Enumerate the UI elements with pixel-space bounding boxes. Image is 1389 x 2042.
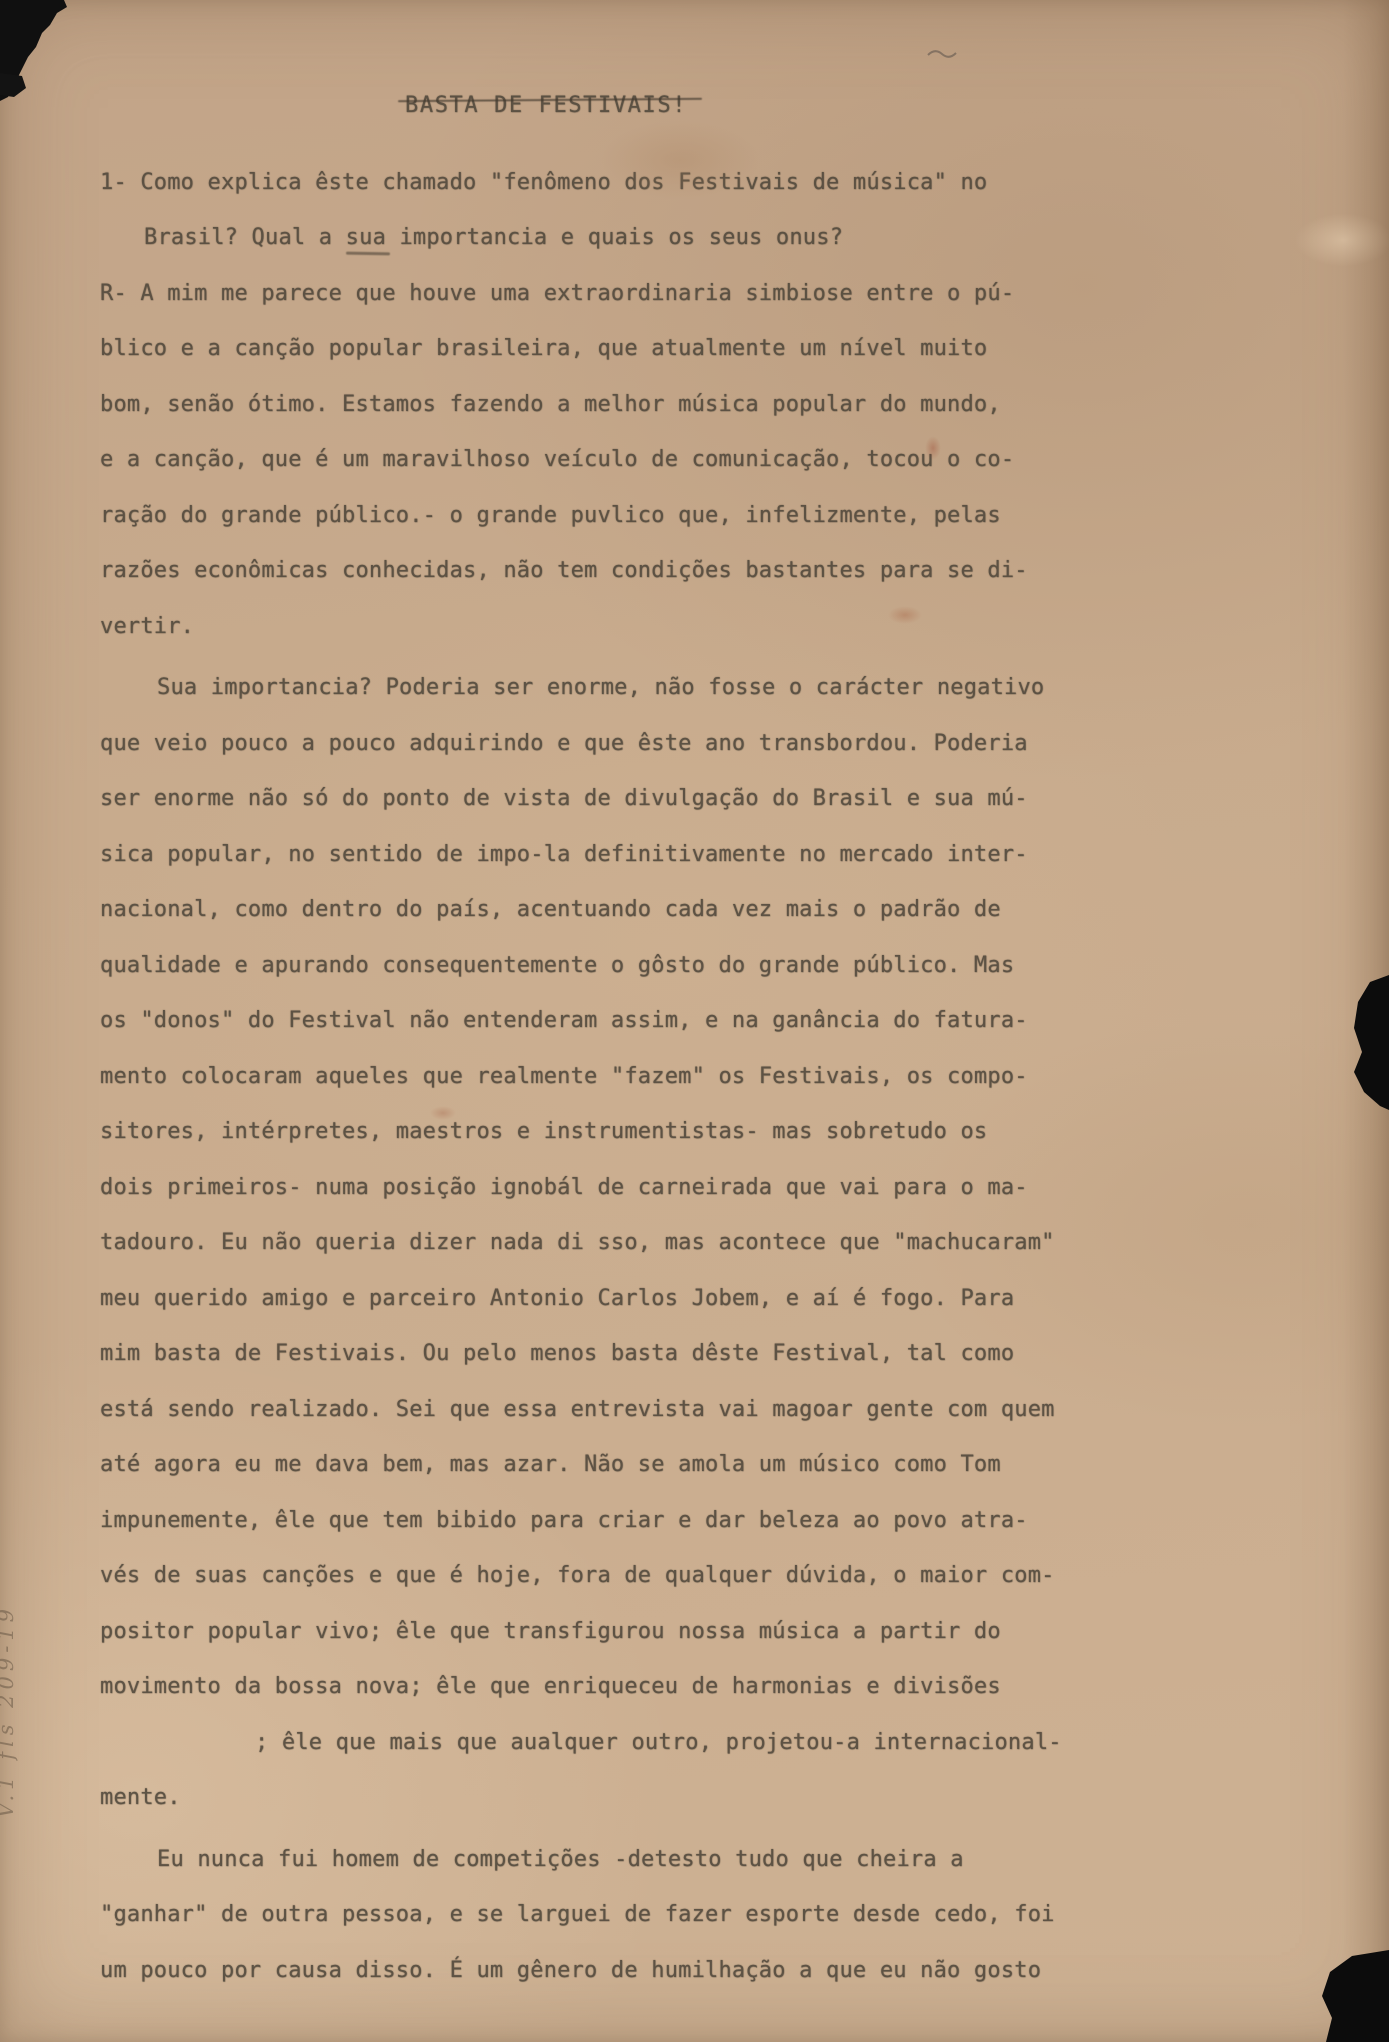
text-line: um pouco por causa disso. É um gênero de… xyxy=(100,1943,1062,1999)
text-line: razões econômicas conhecidas, não tem co… xyxy=(100,543,1062,599)
text-line: os "donos" do Festival não entenderam as… xyxy=(100,993,1062,1049)
text-line: ser enorme não só do ponto de vista de d… xyxy=(100,771,1062,827)
bottom-corner-ink-blob xyxy=(1322,1950,1389,2042)
paper-edge-shade xyxy=(1343,0,1389,2042)
text-line: que veio pouco a pouco adquirindo e que … xyxy=(100,716,1062,772)
gray-paper-fragment xyxy=(0,58,18,86)
text-line: mente. xyxy=(100,1770,1062,1826)
text-line: impunemente, êle que tem bibido para cri… xyxy=(100,1493,1062,1549)
text-line: vés de suas canções e que é hoje, fora d… xyxy=(100,1548,1062,1604)
text-body: BASTA DE FESTIVAIS! 1- Como explica êste… xyxy=(100,78,1062,1998)
right-edge-ink-blob xyxy=(1354,975,1389,1110)
text-line: meu querido amigo e parceiro Antonio Car… xyxy=(100,1271,1062,1327)
text-line: positor popular vivo; êle que transfigur… xyxy=(100,1604,1062,1660)
text-line: está sendo realizado. Sei que essa entre… xyxy=(100,1382,1062,1438)
text-line: Brasil? Qual a sua importancia e quais o… xyxy=(100,210,1062,266)
text-line: nacional, como dentro do país, acentuand… xyxy=(100,882,1062,938)
paper-tear-highlight xyxy=(1296,214,1389,266)
text-line: sica popular, no sentido de impo-la defi… xyxy=(100,827,1062,883)
scanned-document-page: BASTA DE FESTIVAIS! 1- Como explica êste… xyxy=(0,0,1389,2042)
text-line: Eu nunca fui homem de competições -detes… xyxy=(100,1832,1062,1888)
text-line: qualidade e apurando consequentemente o … xyxy=(100,938,1062,994)
text-line: Sua importancia? Poderia ser enorme, não… xyxy=(100,660,1062,716)
text-line: bom, senão ótimo. Estamos fazendo a melh… xyxy=(100,377,1062,433)
text-line: ração do grande público.- o grande puvli… xyxy=(100,488,1062,544)
text-line: movimento da bossa nova; êle que enrique… xyxy=(100,1659,1062,1715)
text-line: mim basta de Festivais. Ou pelo menos ba… xyxy=(100,1326,1062,1382)
text-line: até agora eu me dava bem, mas azar. Não … xyxy=(100,1437,1062,1493)
text-line: blico e a canção popular brasileira, que… xyxy=(100,321,1062,377)
text-line: mento colocaram aqueles que realmente "f… xyxy=(100,1049,1062,1105)
text-line: 1- Como explica êste chamado "fenômeno d… xyxy=(100,155,1062,211)
text-line: "ganhar" de outra pessoa, e se larguei d… xyxy=(100,1887,1062,1943)
text-line: R- A mim me parece que houve uma extraor… xyxy=(100,266,1062,322)
handwritten-margin-note: V.1 fls 209-19 xyxy=(0,1398,18,1818)
text-line: tadouro. Eu não queria dizer nada di sso… xyxy=(100,1215,1062,1271)
text-line: sitores, intérpretes, maestros e instrum… xyxy=(100,1104,1062,1160)
text-line: dois primeiros- numa posição ignobál de … xyxy=(100,1160,1062,1216)
text-line: vertir. xyxy=(100,599,1062,655)
pencil-squiggle xyxy=(928,51,956,57)
paragraph: Sua importancia? Poderia ser enorme, não… xyxy=(100,660,1062,1826)
text-line: e a canção, que é um maravilhoso veículo… xyxy=(100,432,1062,488)
document-title: BASTA DE FESTIVAIS! xyxy=(405,78,1062,134)
text-line: ; êle que mais que aualquer outro, proje… xyxy=(100,1715,1062,1771)
torn-corner-mark xyxy=(0,0,67,101)
paragraph: Eu nunca fui homem de competições -detes… xyxy=(100,1832,1062,1999)
torn-corner-mark-lower xyxy=(0,73,26,97)
paragraph: 1- Como explica êste chamado "fenômeno d… xyxy=(100,155,1062,655)
